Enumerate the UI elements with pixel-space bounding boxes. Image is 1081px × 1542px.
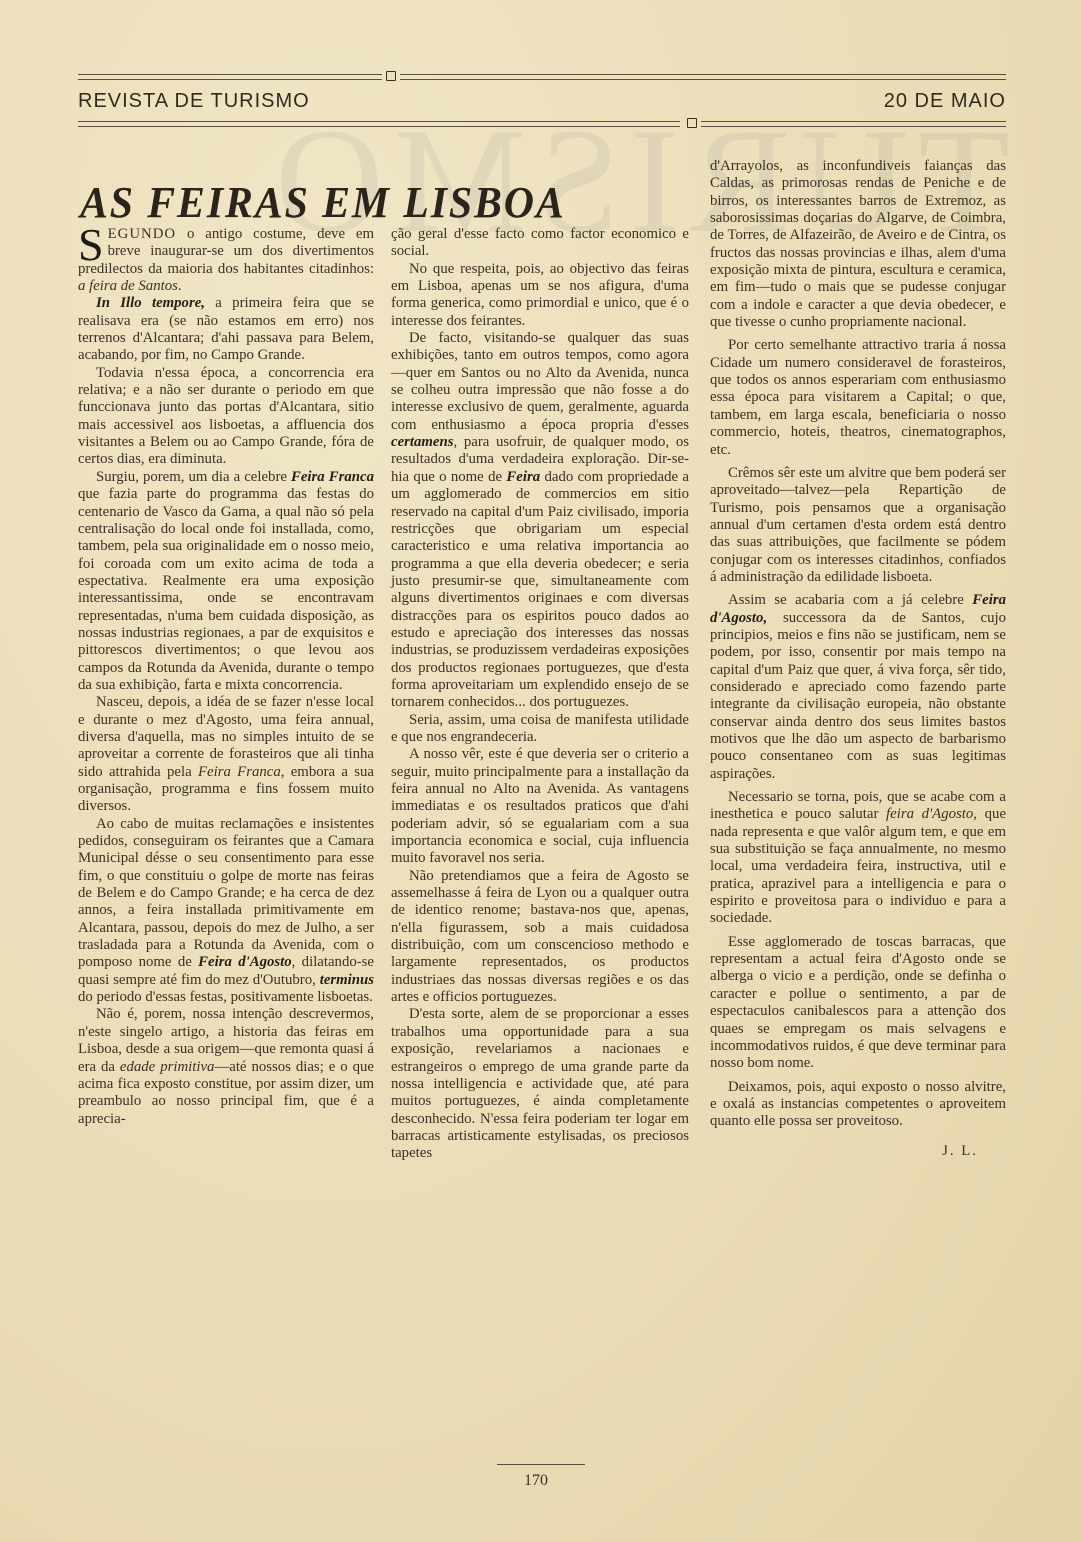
paragraph: Surgiu, porem, um dia a celebre Feira Fr… xyxy=(78,469,374,694)
drop-cap: S xyxy=(78,226,104,264)
paragraph: D'esta sorte, alem de se proporcionar a … xyxy=(391,1006,689,1162)
paragraph: De facto, visitando-se qualquer das suas… xyxy=(391,330,689,712)
article-column-2: ção geral d'esse facto como factor econo… xyxy=(391,226,689,1163)
rule-line xyxy=(78,121,680,127)
paragraph: Nasceu, depois, a idéa de se fazer n'ess… xyxy=(78,694,374,815)
running-header: REVISTA DE TURISMO 20 DE MAIO xyxy=(78,88,1006,118)
paragraph: Não pretendiamos que a feira de Agosto s… xyxy=(391,868,689,1007)
article-column-1: SEGUNDO o antigo costume, deve em breve … xyxy=(78,226,374,1128)
paragraph: Esse agglomerado de toscas barracas, que… xyxy=(710,934,1006,1073)
rule-line xyxy=(400,74,1006,80)
paragraph: Assim se acabaria com a já celebre Feira… xyxy=(710,592,1006,783)
paragraph: ção geral d'esse facto como factor econo… xyxy=(391,226,689,261)
magazine-page: TURISMO REVISTA DE TURISMO 20 DE MAIO AS… xyxy=(0,0,1081,1542)
paragraph: No que respeita, pois, ao objectivo das … xyxy=(391,261,689,330)
paragraph: Por certo semelhante attractivo traria á… xyxy=(710,337,1006,458)
rule-ornament-icon xyxy=(687,118,697,128)
issue-date: 20 DE MAIO xyxy=(884,90,1006,113)
header-top-rule xyxy=(78,74,1006,80)
paragraph: Necessario se torna, pois, que se acabe … xyxy=(710,789,1006,928)
article-column-3: d'Arrayolos, as inconfundiveis faianças … xyxy=(710,158,1006,1160)
paragraph: In Illo tempore, a primeira feira que se… xyxy=(78,295,374,364)
paragraph: Todavia n'essa época, a concorrencia era… xyxy=(78,365,374,469)
paragraph: d'Arrayolos, as inconfundiveis faianças … xyxy=(710,158,1006,331)
first-word: EGUNDO xyxy=(108,226,176,242)
paragraph: Deixamos, pois, aqui exposto o nosso alv… xyxy=(710,1079,1006,1131)
paragraph: SEGUNDO o antigo costume, deve em breve … xyxy=(78,226,374,295)
paragraph: Crêmos sêr este um alvitre que bem poder… xyxy=(710,465,1006,586)
paragraph: Ao cabo de muitas reclamações e insisten… xyxy=(78,816,374,1007)
page-number: 170 xyxy=(524,1472,548,1490)
publication-name: REVISTA DE TURISMO xyxy=(78,90,310,113)
rule-ornament-icon xyxy=(386,71,396,81)
paragraph: Não é, porem, nossa intenção descrevermo… xyxy=(78,1006,374,1127)
rule-line xyxy=(701,121,1006,127)
paragraph: Seria, assim, uma coisa de manifesta uti… xyxy=(391,712,689,747)
article-title: AS FEIRAS EM LISBOA xyxy=(80,177,566,228)
footer-rule xyxy=(497,1464,585,1465)
author-signature: J. L. xyxy=(710,1143,1006,1160)
paragraph: A nosso vêr, este é que deveria ser o cr… xyxy=(391,746,689,867)
rule-line xyxy=(78,74,382,80)
header-bottom-rule xyxy=(78,121,1006,127)
